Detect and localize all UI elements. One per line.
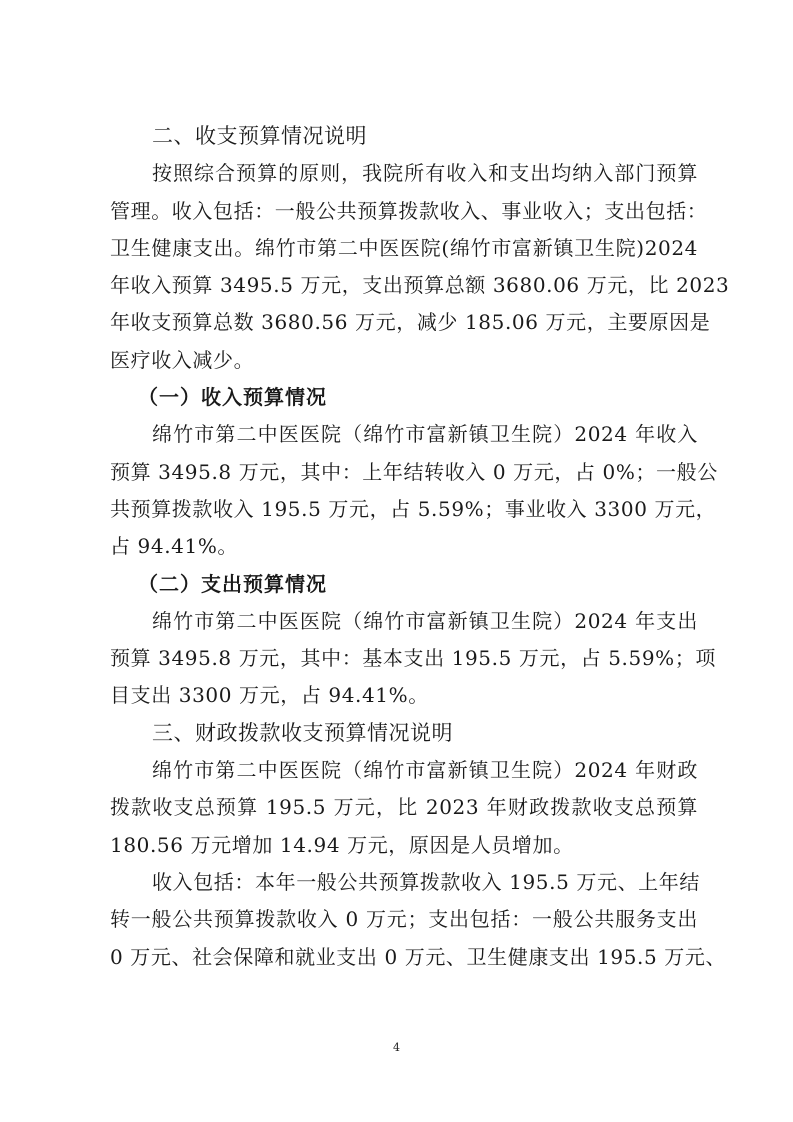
page-number: 4	[0, 1041, 793, 1054]
paragraph-fiscal-appropriation-breakdown: 收入包括：本年一般公共预算拨款收入 195.5 万元、上年结 转一般公共预算拨款…	[110, 864, 698, 976]
text-line: 绵竹市第二中医医院（绵竹市富新镇卫生院）2024 年收入	[110, 416, 698, 453]
text-line: 拨款收支总预算 195.5 万元，比 2023 年财政拨款收支总预算	[110, 789, 698, 826]
text-line: 预算 3495.8 万元，其中：基本支出 195.5 万元，占 5.59%；项	[110, 640, 698, 677]
section-heading-budget-overview: 二、收支预算情况说明	[110, 118, 698, 155]
text-line: 年收入预算 3495.5 万元，支出预算总额 3680.06 万元，比 2023	[110, 267, 698, 304]
text-line: 收入包括：本年一般公共预算拨款收入 195.5 万元、上年结	[110, 864, 698, 901]
subheading-income-budget: （一）收入预算情况	[110, 379, 698, 416]
text-line: 占 94.41%。	[110, 528, 698, 565]
text-line: 转一般公共预算拨款收入 0 万元；支出包括：一般公共服务支出	[110, 901, 698, 938]
text-line: 目支出 3300 万元，占 94.41%。	[110, 677, 698, 714]
subheading-expense-budget: （二）支出预算情况	[110, 566, 698, 603]
text-line: 绵竹市第二中医医院（绵竹市富新镇卫生院）2024 年支出	[110, 603, 698, 640]
section-heading-fiscal-appropriation: 三、财政拨款收支预算情况说明	[110, 715, 698, 752]
text-line: 预算 3495.8 万元，其中：上年结转收入 0 万元，占 0%；一般公	[110, 454, 698, 491]
paragraph-income-budget: 绵竹市第二中医医院（绵竹市富新镇卫生院）2024 年收入 预算 3495.8 万…	[110, 416, 698, 565]
text-line: 年收支预算总数 3680.56 万元，减少 185.06 万元，主要原因是	[110, 304, 698, 341]
text-line: 0 万元、社会保障和就业支出 0 万元、卫生健康支出 195.5 万元、	[110, 939, 698, 976]
text-line: 绵竹市第二中医医院（绵竹市富新镇卫生院）2024 年财政	[110, 752, 698, 789]
text-line: 按照综合预算的原则，我院所有收入和支出均纳入部门预算	[110, 155, 698, 192]
text-line: 医疗收入减少。	[110, 342, 698, 379]
paragraph-budget-overview: 按照综合预算的原则，我院所有收入和支出均纳入部门预算 管理。收入包括：一般公共预…	[110, 155, 698, 379]
text-line: 共预算拨款收入 195.5 万元，占 5.59%；事业收入 3300 万元，	[110, 491, 698, 528]
document-page: 二、收支预算情况说明 按照综合预算的原则，我院所有收入和支出均纳入部门预算 管理…	[110, 118, 698, 976]
text-line: 管理。收入包括：一般公共预算拨款收入、事业收入；支出包括：	[110, 193, 698, 230]
paragraph-expense-budget: 绵竹市第二中医医院（绵竹市富新镇卫生院）2024 年支出 预算 3495.8 万…	[110, 603, 698, 715]
text-line: 180.56 万元增加 14.94 万元，原因是人员增加。	[110, 827, 698, 864]
text-line: 卫生健康支出。绵竹市第二中医医院(绵竹市富新镇卫生院)2024	[110, 230, 698, 267]
paragraph-fiscal-appropriation-total: 绵竹市第二中医医院（绵竹市富新镇卫生院）2024 年财政 拨款收支总预算 195…	[110, 752, 698, 864]
